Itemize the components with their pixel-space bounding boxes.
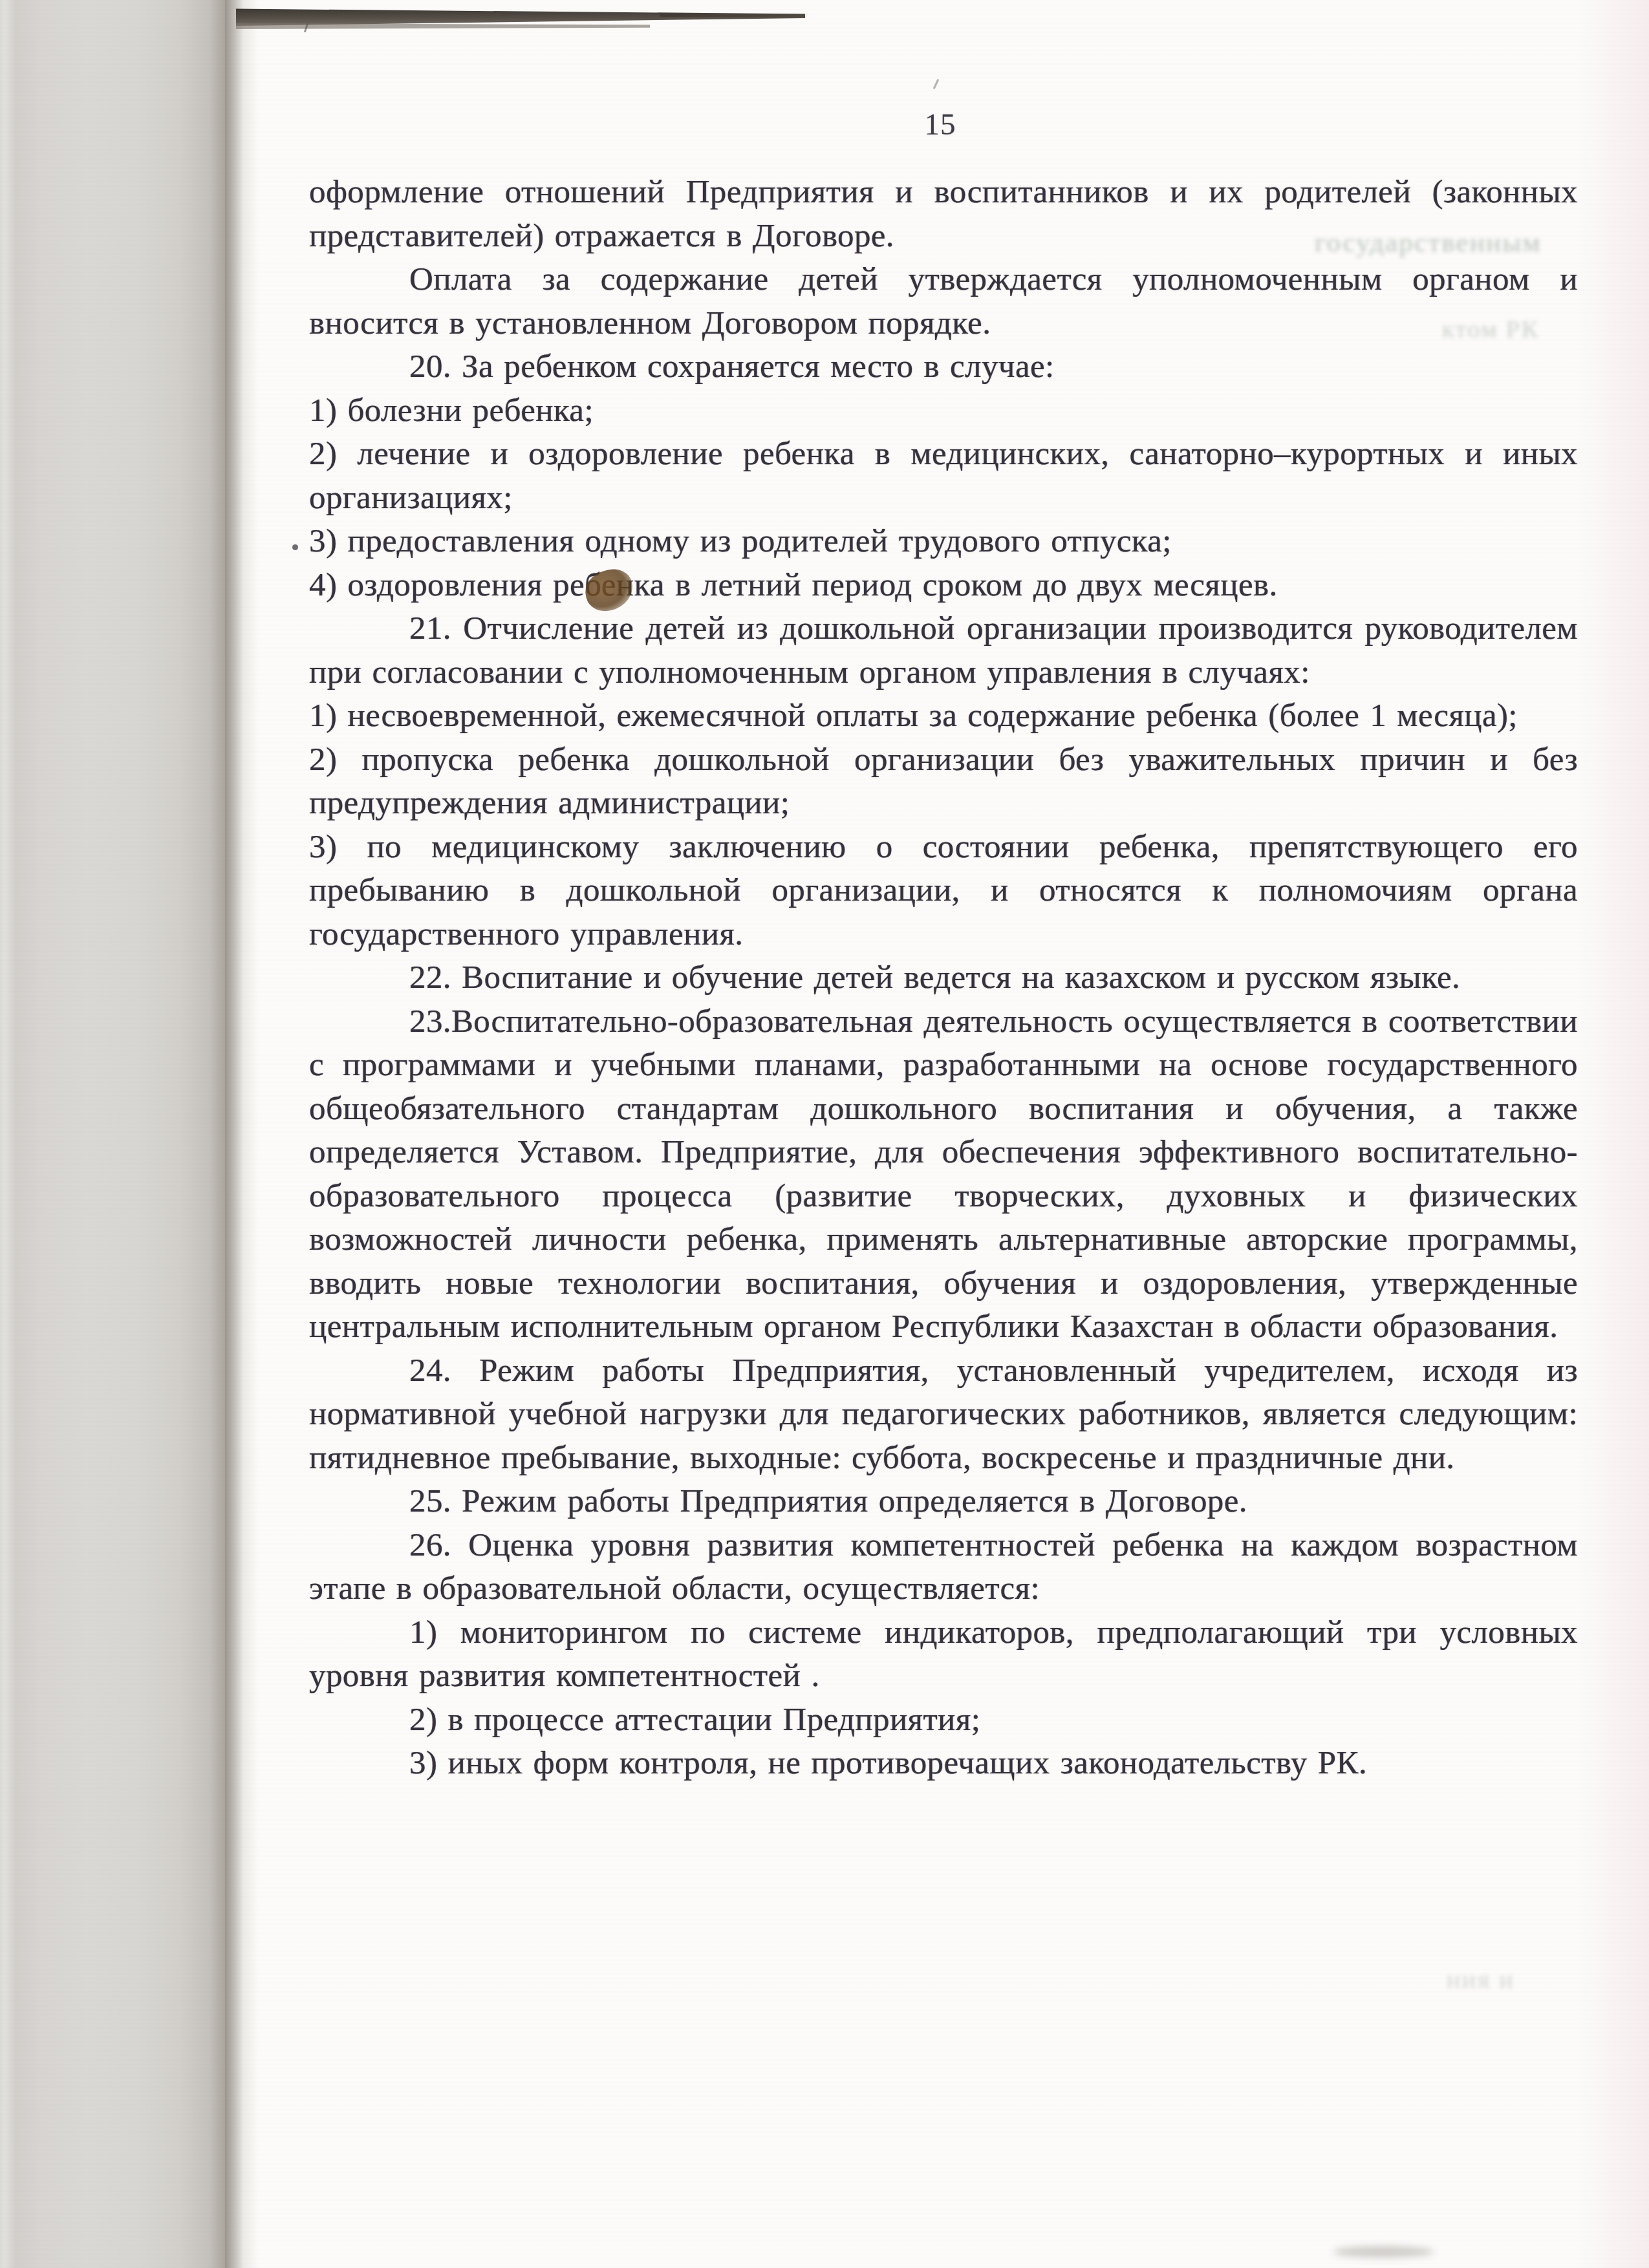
list-item: 1) мониторингом по системе индикаторов, … [309,1611,1578,1698]
paragraph: 24. Режим работы Предприятия, установлен… [309,1349,1578,1481]
document-body: оформление отношений Предприятия и воспи… [309,171,1578,1786]
paragraph: Оплата за содержание детей утверждается … [309,258,1578,345]
list-item: 2) пропуска ребенка дошкольной организац… [309,738,1578,826]
page-top-edge-artifact-glow [236,23,650,29]
list-item: 3) по медицинскому заключению о состояни… [309,826,1578,957]
scanner-background-band [0,0,225,2268]
list-item: 3) предоставления одному из родителей тр… [309,520,1578,564]
ink-bleedthrough-text: ния и [1446,1964,1514,1995]
ink-bleedthrough-text: государственным [1315,228,1542,259]
list-item: 1) болезни ребенка; [309,389,1578,433]
paragraph: 25. Режим работы Предприятия определяетс… [309,1480,1578,1524]
paragraph: 22. Воспитание и обучение детей ведется … [309,956,1578,1000]
paragraph: 20. За ребенком сохраняется место в случ… [309,345,1578,389]
scanned-document-page: 15 оформление отношений Предприятия и во… [0,0,1649,2268]
list-item: 1) несвоевременной, ежемесячной оплаты з… [309,694,1578,738]
speck-mark [933,79,939,89]
list-item: 3) иных форм контроля, не противоречащих… [309,1742,1578,1786]
paragraph: 23.Воспитательно-образовательная деятель… [309,1000,1578,1349]
right-edge-tint [1578,0,1649,2268]
stray-ink-dot [292,544,298,550]
list-item: 2) лечение и оздоровление ребенка в меди… [309,433,1578,520]
paragraph: 21. Отчисление детей из дошкольной орган… [309,607,1578,694]
page-edge-shadow [225,0,259,2268]
page-top-edge-artifact-tail [660,14,812,17]
list-item: 2) в процессе аттестации Предприятия; [309,1698,1578,1742]
ink-bleedthrough-text: ктом РК [1442,316,1540,344]
page-number: 15 [903,107,978,142]
list-item: 4) оздоровления ребенка в летний период … [309,564,1578,608]
gray-smudge [1333,2246,1434,2258]
paragraph: 26. Оценка уровня развития компетентност… [309,1524,1578,1611]
